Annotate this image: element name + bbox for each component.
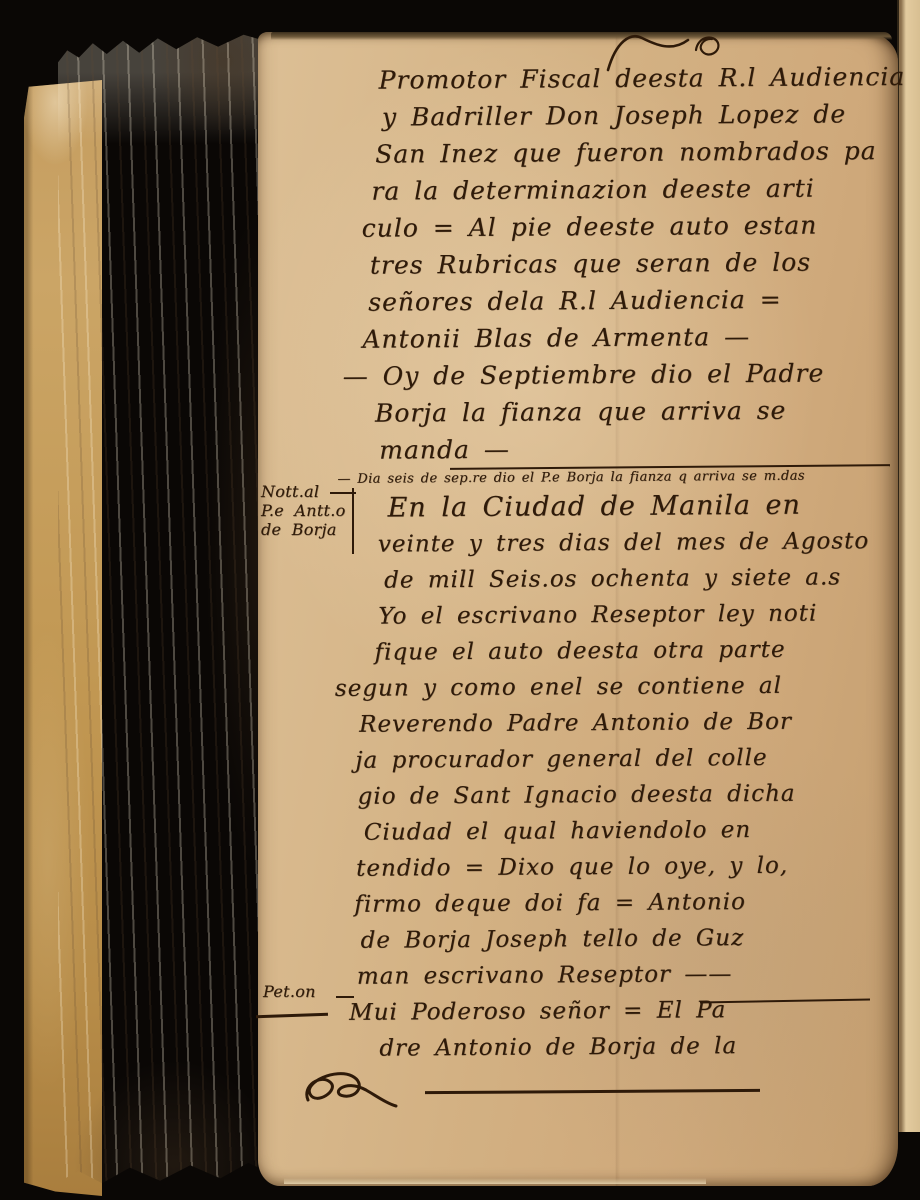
manuscript-line: manda — xyxy=(329,428,889,469)
manuscript-line: man escrivano Reseptor —— xyxy=(333,955,893,995)
manuscript-line: de mill Seis.os ochenta y siete a.s xyxy=(330,559,890,599)
margin-note-line: de Borja xyxy=(261,520,346,539)
manuscript-text: Promotor Fiscal deesta R.l Audienciay Ba… xyxy=(326,58,893,1067)
manuscript-line: Mui Poderoso señor = El Pa xyxy=(333,991,893,1031)
manuscript-line: ja procurador general del colle xyxy=(331,739,891,779)
manuscript-line: Antonii Blas de Armenta — xyxy=(328,317,888,358)
manuscript-line: de Borja Joseph tello de Guz xyxy=(333,919,893,959)
margin-note-dash xyxy=(336,996,354,998)
page-edges-stack xyxy=(58,0,290,1200)
manuscript-line: culo = Al pie deeste auto estan xyxy=(328,206,888,247)
margin-note-line: Pet.on xyxy=(263,982,316,1001)
margin-note-bracket xyxy=(352,488,354,554)
numero-paraph-flourish xyxy=(600,26,740,76)
manuscript-line: fique el auto deesta otra parte xyxy=(330,631,890,671)
rubric-flourish xyxy=(300,1062,410,1122)
manuscript-line: Reverendo Padre Antonio de Bor xyxy=(331,703,891,743)
manuscript-line: firmo deque doi fa = Antonio xyxy=(332,883,892,923)
manuscript-line: y Badriller Don Joseph Lopez de xyxy=(327,95,887,136)
manuscript-line: Borja la fianza que arriva se xyxy=(329,391,889,432)
margin-note-dash xyxy=(330,492,356,494)
manuscript-line: veinte y tres dias del mes de Agosto xyxy=(330,523,890,563)
manuscript-line: tres Rubricas que seran de los xyxy=(328,243,888,284)
manuscript-line: segun y como enel se contiene al xyxy=(331,667,891,707)
manuscript-line: San Inez que fueron nombrados pa xyxy=(327,132,887,173)
manuscript-line: En la Ciudad de Manila en xyxy=(329,487,889,527)
manuscript-line: Yo el escrivano Reseptor ley noti xyxy=(330,595,890,635)
margin-note-peticion: Pet.on xyxy=(263,982,316,1001)
manuscript-line: Ciudad el qual haviendolo en xyxy=(332,811,892,851)
manuscript-line: — Oy de Septiembre dio el Padre xyxy=(329,354,889,395)
manuscript-line: señores dela R.l Audiencia = xyxy=(328,280,888,321)
manuscript-line: gio de Sant Ignacio deesta dicha xyxy=(332,775,892,815)
lower-paragraph: En la Ciudad de Manila enveinte y tres d… xyxy=(329,487,893,1067)
manuscript-line: dre Antonio de Borja de la xyxy=(333,1027,893,1067)
margin-note-line: P.e Antt.o xyxy=(261,501,346,520)
facing-page-sliver xyxy=(897,0,920,1132)
manuscript-scan: Promotor Fiscal deesta R.l Audienciay Ba… xyxy=(0,0,920,1200)
upper-paragraph: Promotor Fiscal deesta R.l Audienciay Ba… xyxy=(326,58,889,469)
manuscript-line: tendido = Dixo que lo oye, y lo, xyxy=(332,847,892,887)
manuscript-line: ra la determinazion deeste arti xyxy=(327,169,887,210)
margin-note-notification: Nott.alP.e Antt.ode Borja xyxy=(261,482,346,539)
